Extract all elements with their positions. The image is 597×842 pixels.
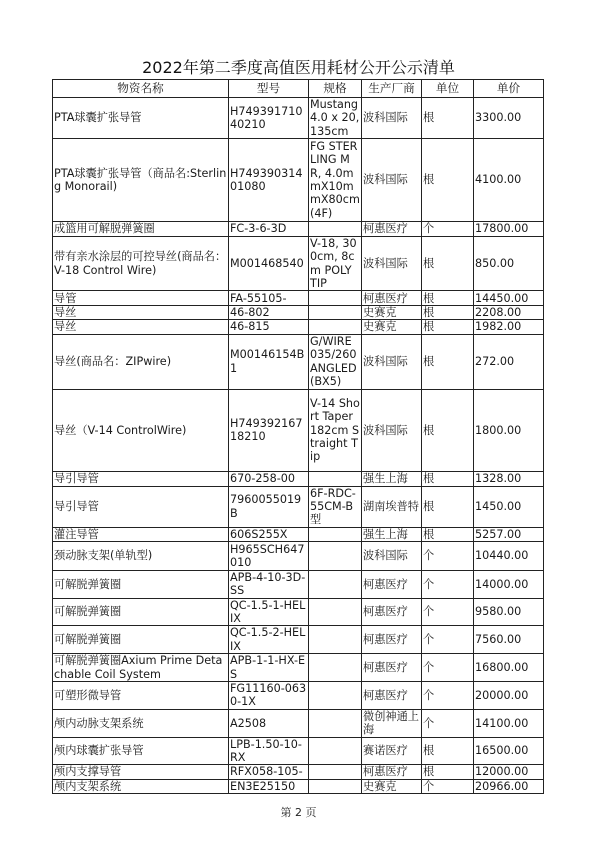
unit-cell: 根	[422, 527, 474, 541]
model-cell: M00146154B1	[229, 334, 309, 389]
table-row: 可解脱弹簧圈QC-1.5-2-HELIX柯惠医疗个7560.00	[53, 626, 544, 654]
unit-price-cell: 5257.00	[474, 527, 544, 541]
table-row: 颅内球囊扩张导管LPB-1.50-10-RX赛诺医疗根16500.00	[53, 737, 544, 765]
manufacturer-cell: 柯惠医疗	[362, 291, 422, 306]
model-cell: H965SCH647010	[229, 541, 309, 570]
item-name-cell: PTA球囊扩张导管	[53, 98, 229, 139]
unit-cell: 个	[422, 654, 474, 682]
table-header-row: 物资名称 型号 规格 生产厂商 单位 单价	[53, 80, 544, 98]
spec-cell	[309, 598, 362, 626]
manufacturer-cell: 微创神通上海	[362, 709, 422, 737]
unit-cell: 根	[422, 237, 474, 291]
spec-cell: V-18, 300cm, 8cm POLY TIP	[309, 237, 362, 291]
spec-cell	[309, 222, 362, 237]
model-cell: RFX058-105-	[229, 765, 309, 779]
unit-price-cell: 20966.00	[474, 779, 544, 793]
model-cell: A2508	[229, 709, 309, 737]
manufacturer-cell: 湖南埃普特	[362, 486, 422, 527]
unit-price-cell: 2208.00	[474, 306, 544, 320]
item-name-cell: 导丝	[53, 306, 229, 320]
unit-price-cell: 1800.00	[474, 389, 544, 471]
spec-cell	[309, 320, 362, 334]
unit-price-cell: 14100.00	[474, 709, 544, 737]
table-row: 导管FA-55105-柯惠医疗根14450.00	[53, 291, 544, 306]
unit-price-cell: 272.00	[474, 334, 544, 389]
item-name-cell: 成篮用可解脱弹簧圈	[53, 222, 229, 237]
item-name-cell: 可塑形微导管	[53, 682, 229, 710]
model-cell: H74939216718210	[229, 389, 309, 471]
item-name-cell: 颈动脉支架(单轨型)	[53, 541, 229, 570]
column-header-price: 单价	[474, 80, 544, 98]
model-cell: QC-1.5-2-HELIX	[229, 626, 309, 654]
item-name-cell: 可解脱弹簧圈Axium Prime Detachable Coil System	[53, 654, 229, 682]
table-row: 导引导管7960055019B6F-RDC-55CM-B型湖南埃普特根1450.…	[53, 486, 544, 527]
item-name-cell: 导引导管	[53, 486, 229, 527]
item-name-cell: 导引导管	[53, 471, 229, 486]
document-title: 2022年第二季度高值医用耗材公开公示清单	[0, 58, 597, 78]
model-cell: FC-3-6-3D	[229, 222, 309, 237]
spec-cell	[309, 779, 362, 793]
spec-cell	[309, 709, 362, 737]
manufacturer-cell: 波科国际	[362, 541, 422, 570]
unit-cell: 根	[422, 765, 474, 779]
item-name-cell: 可解脱弹簧圈	[53, 598, 229, 626]
model-cell: M001468540	[229, 237, 309, 291]
column-header-spec: 规格	[309, 80, 362, 98]
model-cell: APB-4-10-3D-SS	[229, 570, 309, 598]
item-name-cell: 可解脱弹簧圈	[53, 570, 229, 598]
manufacturer-cell: 波科国际	[362, 237, 422, 291]
unit-cell: 根	[422, 389, 474, 471]
manufacturer-cell: 波科国际	[362, 389, 422, 471]
column-header-name: 物资名称	[53, 80, 229, 98]
item-name-cell: 可解脱弹簧圈	[53, 626, 229, 654]
table-row: 可解脱弹簧圈APB-4-10-3D-SS柯惠医疗个14000.00	[53, 570, 544, 598]
unit-cell: 个	[422, 626, 474, 654]
unit-price-cell: 1328.00	[474, 471, 544, 486]
spec-cell	[309, 737, 362, 765]
manufacturer-cell: 强生上海	[362, 527, 422, 541]
manufacturer-cell: 柯惠医疗	[362, 765, 422, 779]
unit-price-cell: 17800.00	[474, 222, 544, 237]
table-row: 导引导管670-258-00强生上海根1328.00	[53, 471, 544, 486]
manufacturer-cell: 柯惠医疗	[362, 222, 422, 237]
table-row: 可解脱弹簧圈Axium Prime Detachable Coil System…	[53, 654, 544, 682]
item-name-cell: 颅内球囊扩张导管	[53, 737, 229, 765]
manufacturer-cell: 史赛克	[362, 320, 422, 334]
table-row: 带有亲水涂层的可控导丝(商品名：V-18 Control Wire)M00146…	[53, 237, 544, 291]
table-row: PTA球囊扩张导管（商品名:Sterling Monorail)H7493903…	[53, 139, 544, 222]
item-name-cell: 导丝（V-14 ControlWire)	[53, 389, 229, 471]
column-header-model: 型号	[229, 80, 309, 98]
table-row: 颅内支撑导管RFX058-105-柯惠医疗根12000.00	[53, 765, 544, 779]
unit-cell: 根	[422, 139, 474, 222]
manufacturer-cell: 柯惠医疗	[362, 654, 422, 682]
unit-price-cell: 12000.00	[474, 765, 544, 779]
item-name-cell: 导管	[53, 291, 229, 306]
model-cell: 670-258-00	[229, 471, 309, 486]
unit-price-cell: 1450.00	[474, 486, 544, 527]
model-cell: FA-55105-	[229, 291, 309, 306]
unit-cell: 根	[422, 737, 474, 765]
unit-price-cell: 14000.00	[474, 570, 544, 598]
item-name-cell: 导丝(商品名：ZIPwire)	[53, 334, 229, 389]
spec-cell	[309, 654, 362, 682]
manufacturer-cell: 强生上海	[362, 471, 422, 486]
table-row: 颅内动脉支架系统A2508微创神通上海个14100.00	[53, 709, 544, 737]
unit-price-cell: 4100.00	[474, 139, 544, 222]
spec-cell	[309, 291, 362, 306]
spec-cell: FG STERLING MR, 4.0mmX10mmX80cm (4F)	[309, 139, 362, 222]
unit-cell: 根	[422, 486, 474, 527]
spec-cell: Mustang 4.0 x 20, 135cm	[309, 98, 362, 139]
manufacturer-cell: 柯惠医疗	[362, 570, 422, 598]
manufacturer-cell: 柯惠医疗	[362, 598, 422, 626]
item-name-cell: 导丝	[53, 320, 229, 334]
unit-cell: 根	[422, 306, 474, 320]
column-header-manufacturer: 生产厂商	[362, 80, 422, 98]
manufacturer-cell: 赛诺医疗	[362, 737, 422, 765]
model-cell: 606S255X	[229, 527, 309, 541]
manufacturer-cell: 波科国际	[362, 334, 422, 389]
unit-cell: 个	[422, 541, 474, 570]
unit-cell: 个	[422, 598, 474, 626]
unit-cell: 个	[422, 570, 474, 598]
table-row: 成篮用可解脱弹簧圈FC-3-6-3D柯惠医疗个17800.00	[53, 222, 544, 237]
unit-cell: 根	[422, 471, 474, 486]
unit-cell: 根	[422, 291, 474, 306]
unit-price-cell: 850.00	[474, 237, 544, 291]
table-row: 颈动脉支架(单轨型)H965SCH647010波科国际个10440.00	[53, 541, 544, 570]
spec-cell	[309, 541, 362, 570]
manufacturer-cell: 史赛克	[362, 306, 422, 320]
item-name-cell: 带有亲水涂层的可控导丝(商品名：V-18 Control Wire)	[53, 237, 229, 291]
table-row: 导丝(商品名：ZIPwire)M00146154B1G/WIRE 035/260…	[53, 334, 544, 389]
unit-cell: 个	[422, 682, 474, 710]
table-row: 可解脱弹簧圈QC-1.5-1-HELIX柯惠医疗个9580.00	[53, 598, 544, 626]
unit-price-cell: 1982.00	[474, 320, 544, 334]
item-name-cell: 颅内动脉支架系统	[53, 709, 229, 737]
item-name-cell: 颅内支架系统	[53, 779, 229, 793]
model-cell: EN3E25150	[229, 779, 309, 793]
model-cell: 46-815	[229, 320, 309, 334]
item-name-cell: PTA球囊扩张导管（商品名:Sterling Monorail)	[53, 139, 229, 222]
model-cell: H74939171040210	[229, 98, 309, 139]
table-row: 灌注导管606S255X强生上海根5257.00	[53, 527, 544, 541]
spec-cell	[309, 682, 362, 710]
unit-price-cell: 7560.00	[474, 626, 544, 654]
spec-cell: G/WIRE 035/260 ANGLED (BX5)	[309, 334, 362, 389]
table-row: 导丝46-815史赛克根1982.00	[53, 320, 544, 334]
unit-cell: 根	[422, 320, 474, 334]
unit-price-cell: 10440.00	[474, 541, 544, 570]
spec-cell	[309, 527, 362, 541]
spec-cell	[309, 626, 362, 654]
table-row: 颅内支架系统EN3E25150史赛克个20966.00	[53, 779, 544, 793]
table-row: 导丝（V-14 ControlWire)H74939216718210V-14 …	[53, 389, 544, 471]
model-cell: 46-802	[229, 306, 309, 320]
manufacturer-cell: 波科国际	[362, 98, 422, 139]
unit-price-cell: 20000.00	[474, 682, 544, 710]
model-cell: LPB-1.50-10-RX	[229, 737, 309, 765]
unit-cell: 根	[422, 98, 474, 139]
manufacturer-cell: 波科国际	[362, 139, 422, 222]
column-header-unit: 单位	[422, 80, 474, 98]
table-row: 导丝46-802史赛克根2208.00	[53, 306, 544, 320]
unit-cell: 个	[422, 709, 474, 737]
model-cell: 7960055019B	[229, 486, 309, 527]
spec-cell	[309, 570, 362, 598]
table-row: 可塑形微导管FG11160-0630-1X柯惠医疗个20000.00	[53, 682, 544, 710]
spec-cell: V-14 Short Taper 182cm Straight Tip	[309, 389, 362, 471]
item-name-cell: 颅内支撑导管	[53, 765, 229, 779]
unit-price-cell: 16800.00	[474, 654, 544, 682]
unit-price-cell: 14450.00	[474, 291, 544, 306]
model-cell: APB-1-1-HX-ES	[229, 654, 309, 682]
manufacturer-cell: 柯惠医疗	[362, 682, 422, 710]
unit-price-cell: 16500.00	[474, 737, 544, 765]
model-cell: FG11160-0630-1X	[229, 682, 309, 710]
unit-cell: 根	[422, 334, 474, 389]
table-row: PTA球囊扩张导管H74939171040210Mustang 4.0 x 20…	[53, 98, 544, 139]
model-cell: H74939031401080	[229, 139, 309, 222]
unit-cell: 个	[422, 779, 474, 793]
manufacturer-cell: 史赛克	[362, 779, 422, 793]
spec-cell	[309, 765, 362, 779]
model-cell: QC-1.5-1-HELIX	[229, 598, 309, 626]
spec-cell: 6F-RDC-55CM-B型	[309, 486, 362, 527]
unit-cell: 个	[422, 222, 474, 237]
consumables-table: 物资名称 型号 规格 生产厂商 单位 单价 PTA球囊扩张导管H74939171…	[52, 79, 544, 794]
unit-price-cell: 3300.00	[474, 98, 544, 139]
spec-cell	[309, 471, 362, 486]
item-name-cell: 灌注导管	[53, 527, 229, 541]
spec-cell	[309, 306, 362, 320]
manufacturer-cell: 柯惠医疗	[362, 626, 422, 654]
page-number: 第 2 页	[0, 804, 597, 820]
unit-price-cell: 9580.00	[474, 598, 544, 626]
